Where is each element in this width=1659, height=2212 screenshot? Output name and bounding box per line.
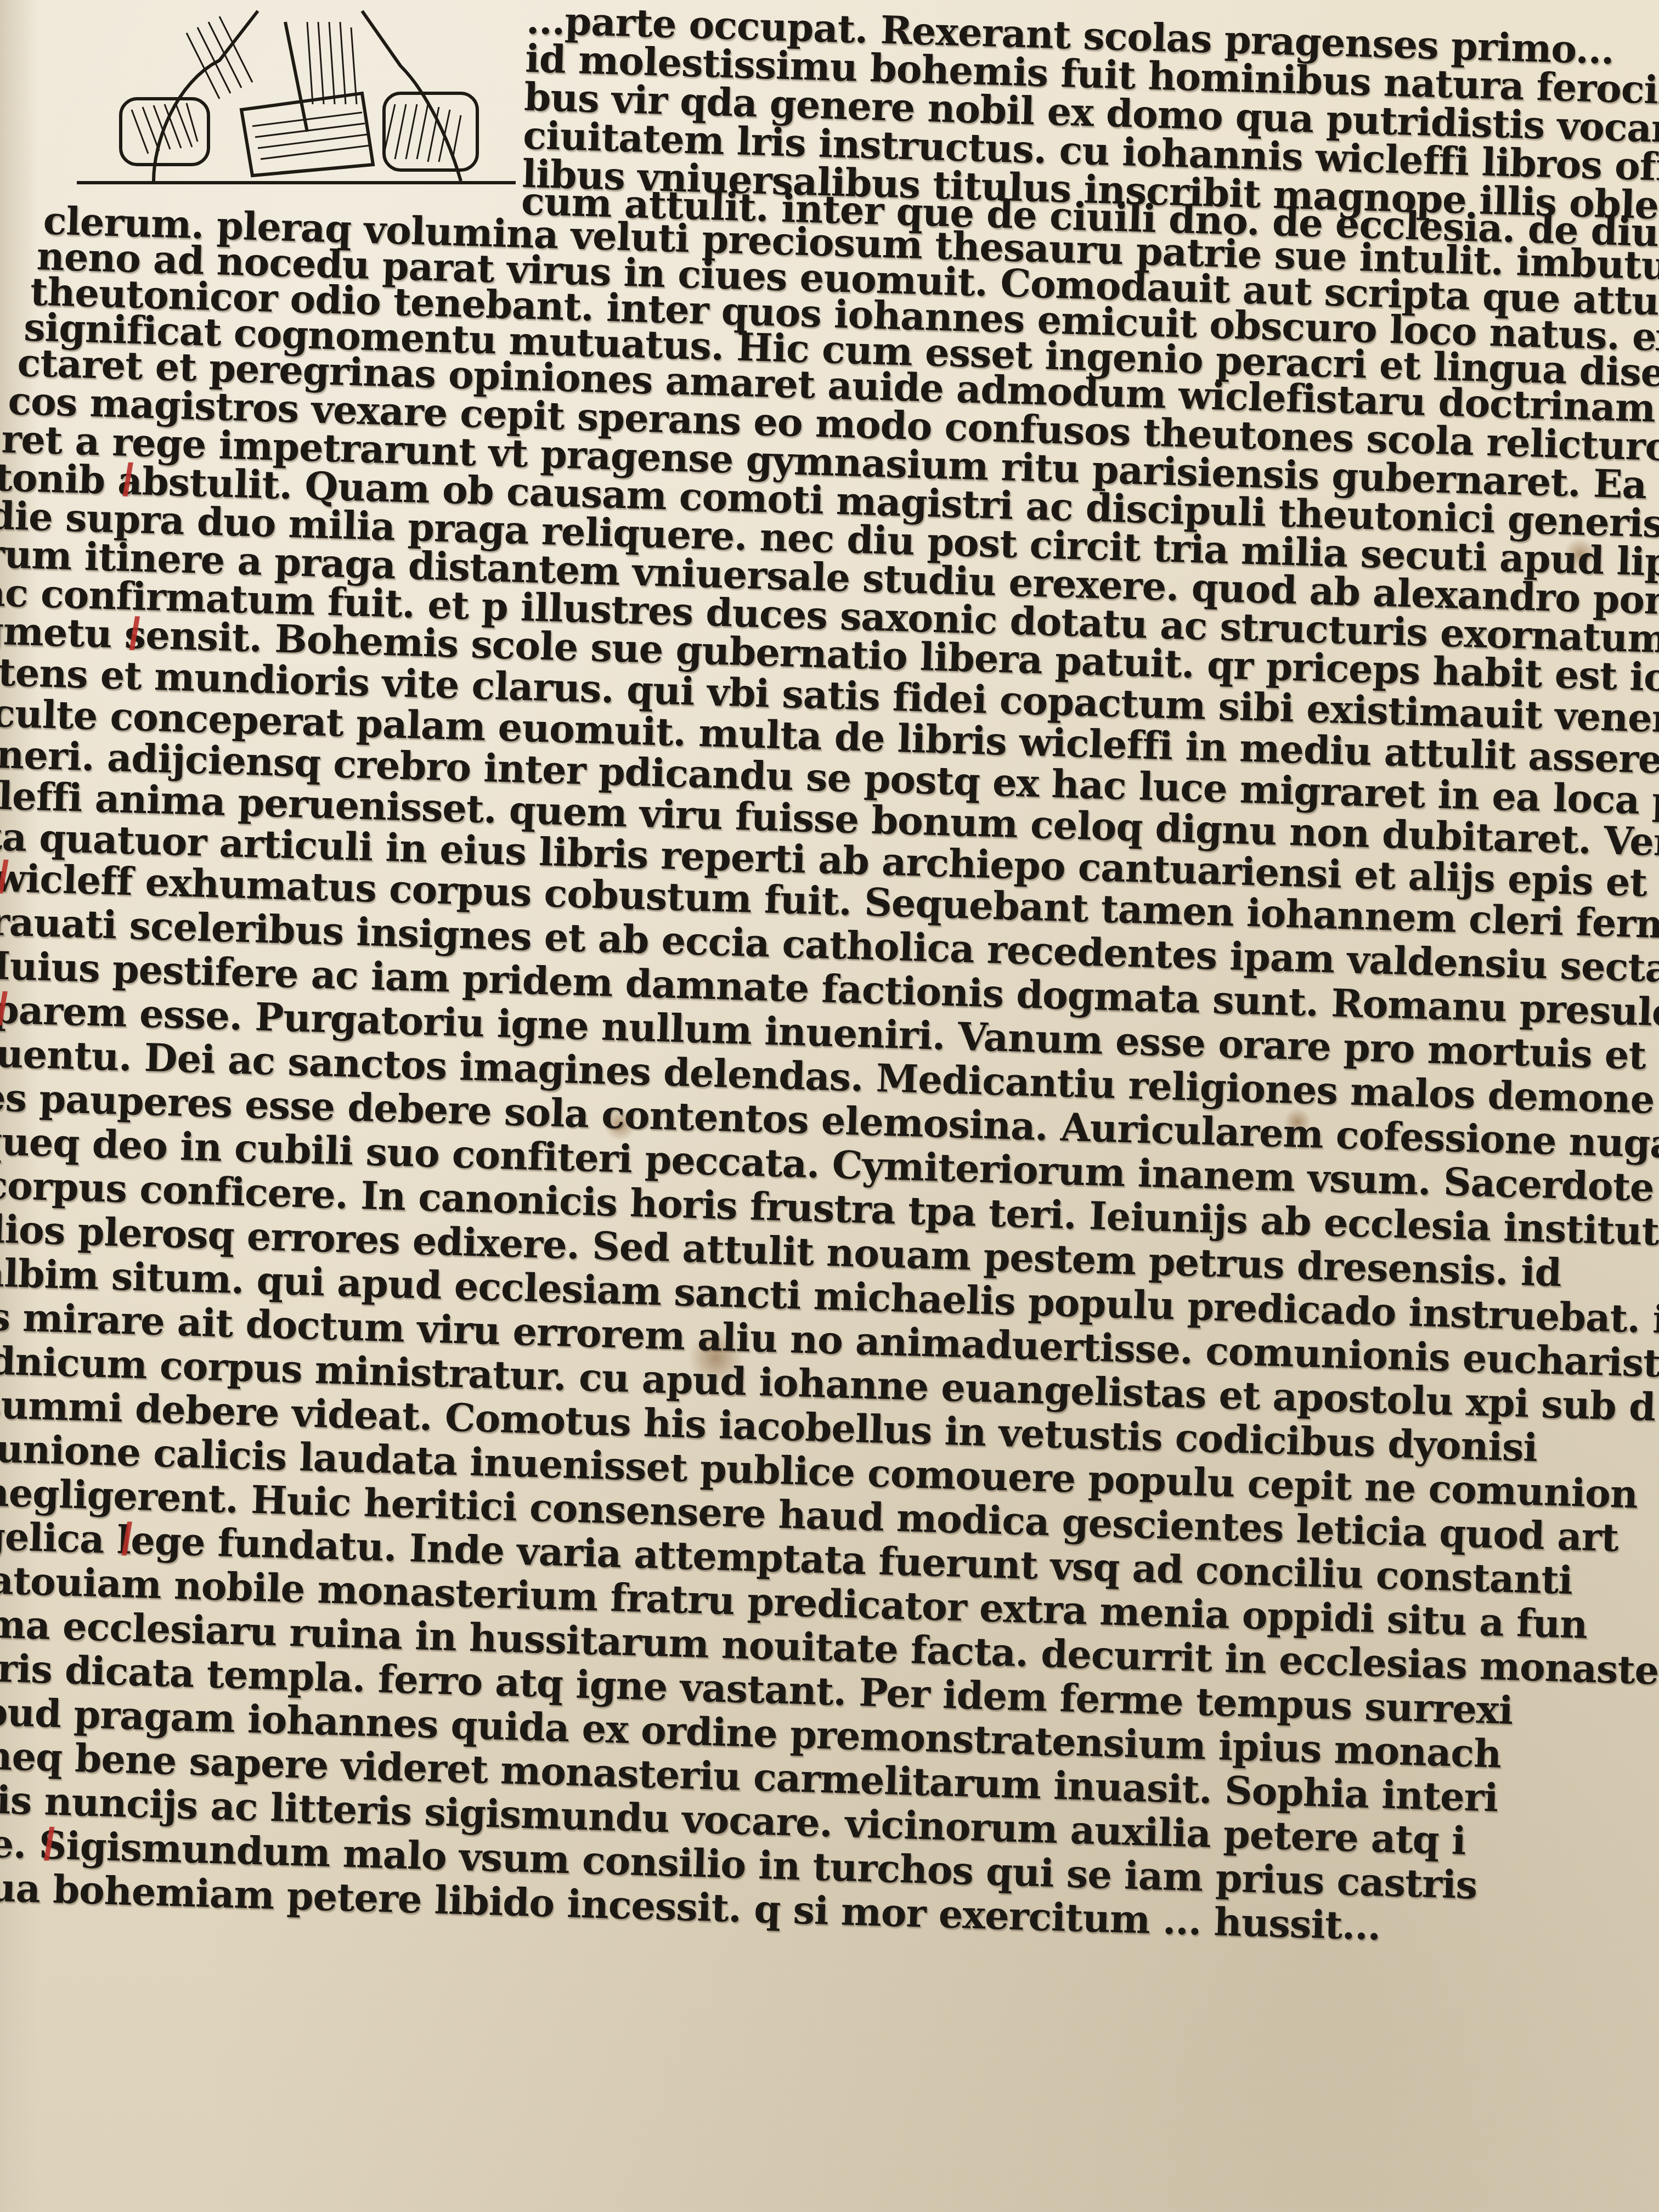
woodcut-illustration (77, 0, 516, 184)
book-page: ...parte occupat. Rexerant scolas pragen… (0, 0, 1659, 2212)
woodcut-seated-scholar-with-books-icon (77, 0, 516, 181)
